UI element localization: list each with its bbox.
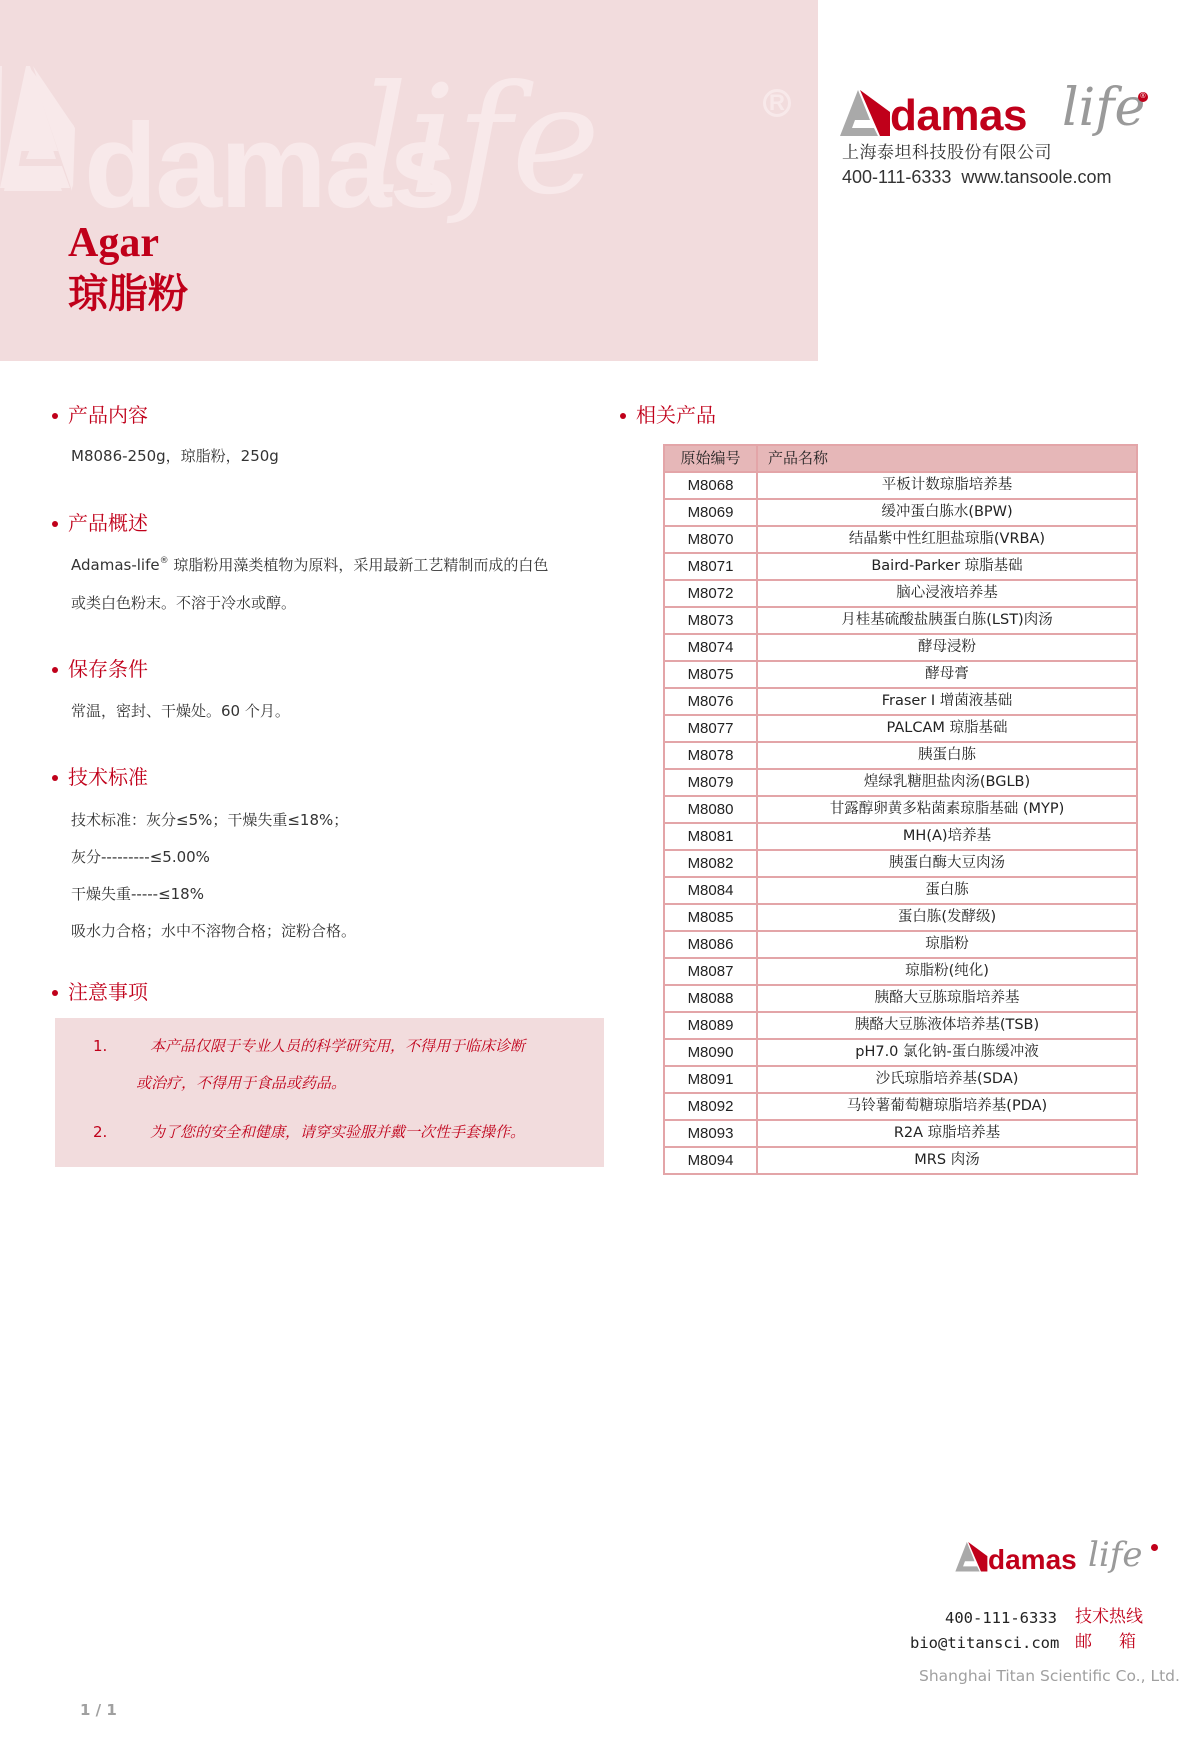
bullet-icon	[52, 775, 58, 781]
standard-line: 技术标准：灰分≤5%；干燥失重≤18%；	[71, 813, 348, 828]
content-text: M8086-250g，琼脂粉，250g	[71, 449, 279, 464]
product-code: M8071	[664, 553, 757, 580]
product-name: 胰蛋白胨	[757, 742, 1137, 769]
product-title-en: Agar	[68, 222, 159, 264]
table-row: M8088胰酪大豆胨琼脂培养基	[664, 985, 1137, 1012]
note-text: 本产品仅限于专业人员的科学研究用，不得用于临床诊断	[150, 1039, 525, 1054]
product-name: 琼脂粉	[757, 931, 1137, 958]
section-heading-storage: 保存条件	[68, 659, 148, 679]
table-row: M8070结晶紫中性红胆盐琼脂(VRBA)	[664, 526, 1137, 553]
adamas-triangle-icon	[955, 1542, 989, 1574]
product-code: M8068	[664, 472, 757, 499]
product-name: 胰酪大豆胨液体培养基(TSB)	[757, 1012, 1137, 1039]
section-heading-related: 相关产品	[636, 405, 716, 425]
column-header-name: 产品名称	[757, 445, 1137, 472]
product-code: M8087	[664, 958, 757, 985]
company-name-en: Shanghai Titan Scientific Co., Ltd.	[919, 1669, 1180, 1685]
watermark-script: life	[360, 66, 600, 216]
brand-script: life	[1062, 82, 1145, 134]
table-row: M8085蛋白胨(发酵级)	[664, 904, 1137, 931]
column-header-code: 原始编号	[664, 445, 757, 472]
watermark-logo: damas life R	[0, 66, 818, 246]
table-header-row: 原始编号 产品名称	[664, 445, 1137, 472]
product-name: 煌绿乳糖胆盐肉汤(BGLB)	[757, 769, 1137, 796]
section-heading-content: 产品内容	[68, 405, 148, 425]
brand-name: damas	[988, 1546, 1077, 1574]
section-heading-standard: 技术标准	[68, 767, 148, 787]
table-row: M8071Baird-Parker 琼脂基础	[664, 553, 1137, 580]
product-code: M8091	[664, 1066, 757, 1093]
table-row: M8080甘露醇卵黄多粘菌素琼脂基础 (MYP)	[664, 796, 1137, 823]
product-name: MRS 肉汤	[757, 1147, 1137, 1174]
product-code: M8085	[664, 904, 757, 931]
product-code: M8074	[664, 634, 757, 661]
table-row: M8090pH7.0 氯化钠-蛋白胨缓冲液	[664, 1039, 1137, 1066]
note-text: 或治疗，不得用于食品或药品。	[136, 1076, 346, 1091]
table-row: M8079煌绿乳糖胆盐肉汤(BGLB)	[664, 769, 1137, 796]
product-name: 沙氏琼脂培养基(SDA)	[757, 1066, 1137, 1093]
bullet-icon	[52, 667, 58, 673]
product-code: M8081	[664, 823, 757, 850]
product-code: M8084	[664, 877, 757, 904]
product-name: PALCAM 琼脂基础	[757, 715, 1137, 742]
product-code: M8082	[664, 850, 757, 877]
product-name: 蛋白胨(发酵级)	[757, 904, 1137, 931]
table-row: M8077PALCAM 琼脂基础	[664, 715, 1137, 742]
table-row: M8072脑心浸液培养基	[664, 580, 1137, 607]
product-name: 酵母膏	[757, 661, 1137, 688]
product-name: 蛋白胨	[757, 877, 1137, 904]
brand-mention: Adamas-life	[71, 556, 160, 574]
product-name: 月桂基硫酸盐胰蛋白胨(LST)肉汤	[757, 607, 1137, 634]
table-row: M8094MRS 肉汤	[664, 1147, 1137, 1174]
product-name: MH(A)培养基	[757, 823, 1137, 850]
adamas-triangle-icon	[840, 90, 892, 140]
product-code: M8088	[664, 985, 757, 1012]
overview-text: 琼脂粉用藻类植物为原料，采用最新工艺精制而成的白色	[169, 556, 549, 574]
table-row: M8076Fraser Ⅰ 增菌液基础	[664, 688, 1137, 715]
company-name-cn: 上海泰坦科技股份有限公司	[842, 144, 1052, 161]
hotline-number: 400-111-6333	[945, 1611, 1057, 1627]
product-code: M8080	[664, 796, 757, 823]
table-row: M8078胰蛋白胨	[664, 742, 1137, 769]
note-text: 为了您的安全和健康，请穿实验服并戴一次性手套操作。	[150, 1125, 525, 1140]
registered-mark: ®	[1138, 92, 1148, 102]
standard-line: 干燥失重-----≤18%	[71, 887, 204, 902]
table-row: M8073月桂基硫酸盐胰蛋白胨(LST)肉汤	[664, 607, 1137, 634]
brand-logo-block: damas life ® 上海泰坦科技股份有限公司 400-111-6333 w…	[840, 86, 1180, 196]
hotline-label: 技术热线	[1075, 1609, 1143, 1626]
email-address[interactable]: bio@titansci.com	[910, 1636, 1059, 1652]
table-row: M8075酵母膏	[664, 661, 1137, 688]
company-contact: 400-111-6333 www.tansoole.com	[842, 168, 1112, 186]
bullet-icon	[52, 990, 58, 996]
product-code: M8077	[664, 715, 757, 742]
registered-mark	[1151, 1544, 1158, 1551]
section-heading-overview: 产品概述	[68, 513, 148, 533]
footer-logo: damas life	[955, 1538, 1175, 1583]
product-code: M8072	[664, 580, 757, 607]
product-title-cn: 琼脂粉	[68, 274, 188, 314]
table-row: M8084蛋白胨	[664, 877, 1137, 904]
product-code: M8090	[664, 1039, 757, 1066]
product-code: M8073	[664, 607, 757, 634]
table-row: M8081MH(A)培养基	[664, 823, 1137, 850]
bullet-icon	[52, 413, 58, 419]
product-name: 缓冲蛋白胨水(BPW)	[757, 499, 1137, 526]
table-row: M8089胰酪大豆胨液体培养基(TSB)	[664, 1012, 1137, 1039]
table-row: M8069缓冲蛋白胨水(BPW)	[664, 499, 1137, 526]
related-products-table: 原始编号 产品名称 M8068平板计数琼脂培养基M8069缓冲蛋白胨水(BPW)…	[663, 444, 1138, 1175]
storage-text: 常温，密封、干燥处。60 个月。	[71, 704, 290, 719]
bullet-icon	[620, 413, 626, 419]
standard-line: 灰分---------≤5.00%	[71, 850, 210, 865]
product-code: M8092	[664, 1093, 757, 1120]
overview-line-2: 或类白色粉末。不溶于冷水或醇。	[71, 596, 296, 611]
brand-logo: damas life ®	[840, 86, 1180, 142]
brand-script: life	[1088, 1538, 1142, 1572]
product-name: 脑心浸液培养基	[757, 580, 1137, 607]
product-code: M8089	[664, 1012, 757, 1039]
standard-line: 吸水力合格；水中不溶物合格；淀粉合格。	[71, 924, 356, 939]
registered-mark: ®	[160, 556, 169, 566]
note-number: 1.	[93, 1039, 107, 1054]
product-code: M8078	[664, 742, 757, 769]
product-name: 胰蛋白酶大豆肉汤	[757, 850, 1137, 877]
product-name: pH7.0 氯化钠-蛋白胨缓冲液	[757, 1039, 1137, 1066]
table-row: M8082胰蛋白酶大豆肉汤	[664, 850, 1137, 877]
product-name: 琼脂粉(纯化)	[757, 958, 1137, 985]
product-name: 结晶紫中性红胆盐琼脂(VRBA)	[757, 526, 1137, 553]
note-number: 2.	[93, 1125, 107, 1140]
table-row: M8091沙氏琼脂培养基(SDA)	[664, 1066, 1137, 1093]
product-code: M8076	[664, 688, 757, 715]
product-name: 胰酪大豆胨琼脂培养基	[757, 985, 1137, 1012]
table-body: M8068平板计数琼脂培养基M8069缓冲蛋白胨水(BPW)M8070结晶紫中性…	[664, 472, 1137, 1174]
product-name: Baird-Parker 琼脂基础	[757, 553, 1137, 580]
product-code: M8079	[664, 769, 757, 796]
table-row: M8092马铃薯葡萄糖琼脂培养基(PDA)	[664, 1093, 1137, 1120]
product-code: M8086	[664, 931, 757, 958]
table-row: M8086琼脂粉	[664, 931, 1137, 958]
header-band: damas life R Agar 琼脂粉	[0, 0, 818, 361]
product-code: M8069	[664, 499, 757, 526]
product-code: M8094	[664, 1147, 757, 1174]
section-heading-notes: 注意事项	[68, 982, 148, 1002]
overview-line-1: Adamas-life® 琼脂粉用藻类植物为原料，采用最新工艺精制而成的白色	[71, 558, 548, 573]
brand-name: damas	[890, 94, 1027, 138]
product-name: 马铃薯葡萄糖琼脂培养基(PDA)	[757, 1093, 1137, 1120]
table-row: M8068平板计数琼脂培养基	[664, 472, 1137, 499]
email-label: 邮 箱	[1075, 1634, 1136, 1651]
product-code: M8093	[664, 1120, 757, 1147]
product-code: M8075	[664, 661, 757, 688]
table-row: M8074酵母浸粉	[664, 634, 1137, 661]
product-name: R2A 琼脂培养基	[757, 1120, 1137, 1147]
page-number: 1 / 1	[80, 1703, 117, 1718]
product-name: 平板计数琼脂培养基	[757, 472, 1137, 499]
product-name: Fraser Ⅰ 增菌液基础	[757, 688, 1137, 715]
product-name: 酵母浸粉	[757, 634, 1137, 661]
table-row: M8087琼脂粉(纯化)	[664, 958, 1137, 985]
table-row: M8093R2A 琼脂培养基	[664, 1120, 1137, 1147]
product-name: 甘露醇卵黄多粘菌素琼脂基础 (MYP)	[757, 796, 1137, 823]
product-code: M8070	[664, 526, 757, 553]
watermark-registered: R	[763, 89, 791, 117]
bullet-icon	[52, 521, 58, 527]
